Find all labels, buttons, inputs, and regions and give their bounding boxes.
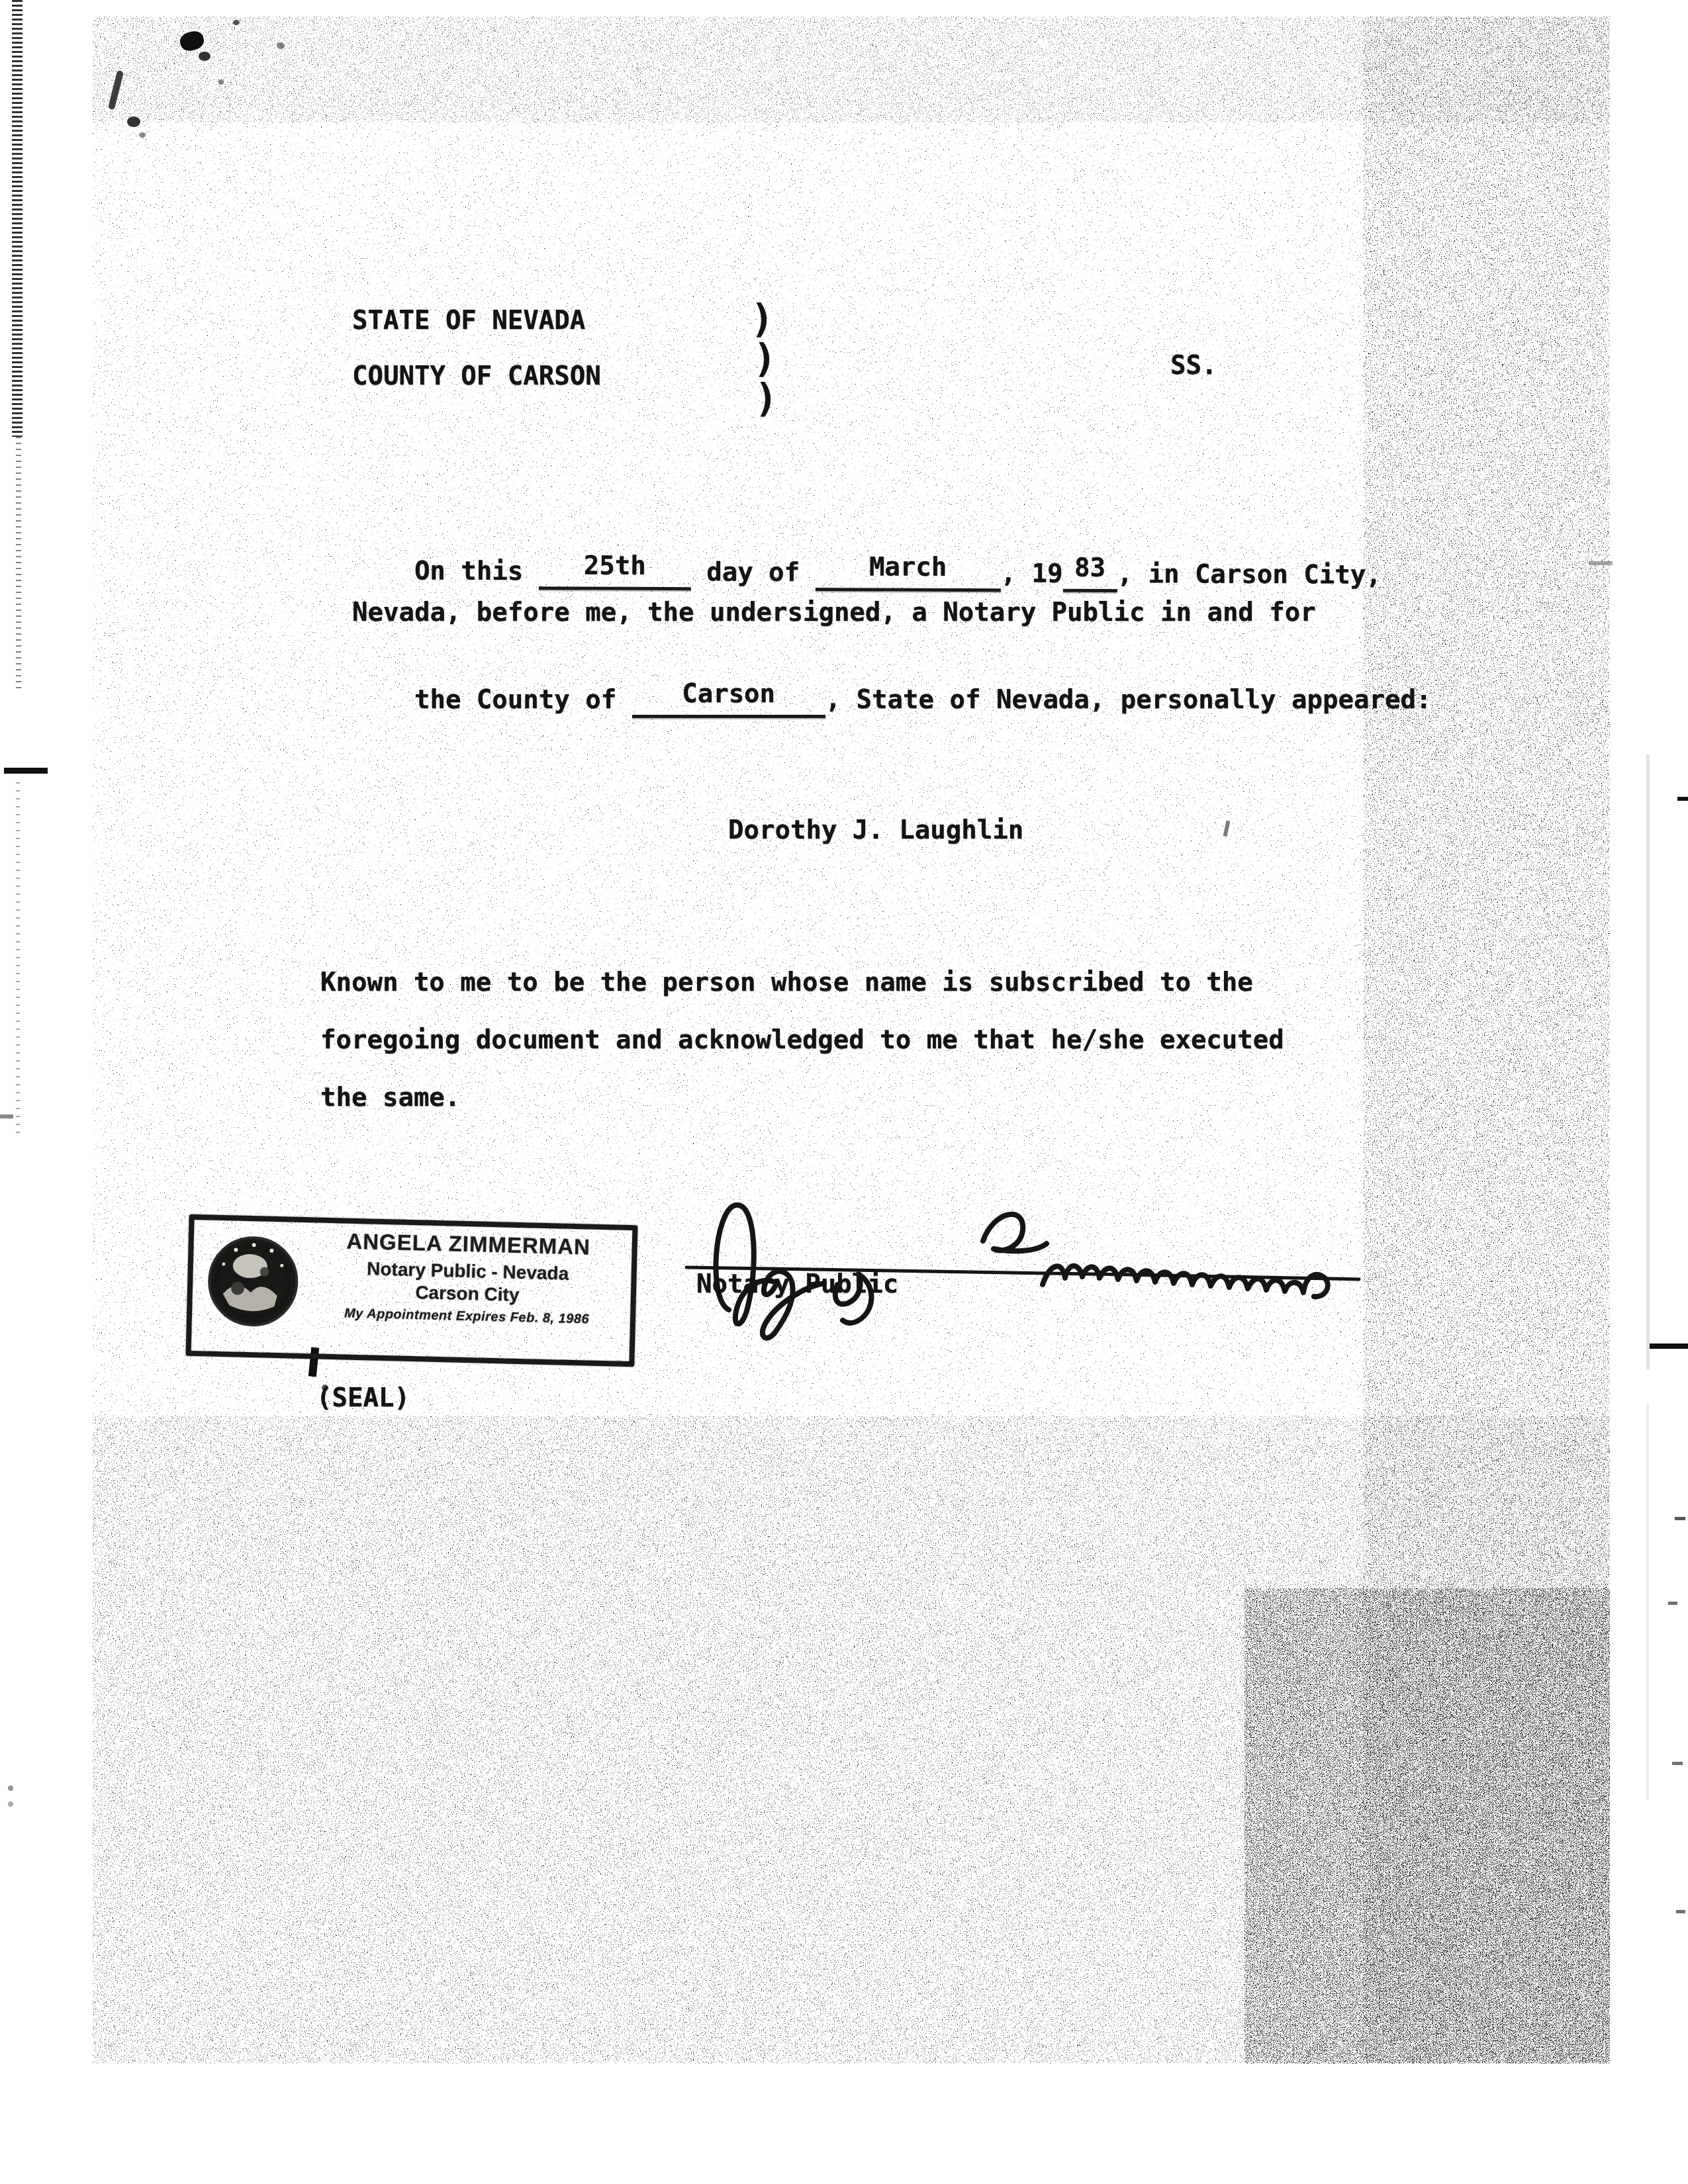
opening-line-3: the County of Carson, State of Nevada, p… xyxy=(352,655,1431,748)
acknowledgment-line-2: foregoing document and acknowledged to m… xyxy=(320,1025,1284,1055)
day-blank: 25th xyxy=(539,557,691,590)
stamp-text-block: ANGELA ZIMMERMAN Notary Public - Nevada … xyxy=(310,1228,626,1328)
notary-signature-image xyxy=(672,1168,1374,1353)
corner-blob xyxy=(277,42,285,49)
right-dash xyxy=(1668,1602,1677,1605)
state-seal-emblem xyxy=(203,1229,305,1331)
venue-bracket: ) xyxy=(755,376,778,421)
corner-blob xyxy=(139,132,146,138)
opening-mid1: day of xyxy=(691,557,816,588)
county-value: Carson xyxy=(682,679,775,709)
corner-blob xyxy=(127,116,140,127)
edge-dash-left xyxy=(0,1115,13,1118)
venue-county-line: COUNTY OF CARSON xyxy=(352,361,601,391)
edge-dot xyxy=(8,1801,13,1807)
corner-blob xyxy=(218,79,224,85)
appearer-name: Dorothy J. Laughlin xyxy=(728,815,1023,845)
right-dash xyxy=(1675,1517,1685,1520)
stamp-expiry: My Appointment Expires Feb. 8, 1986 xyxy=(310,1305,624,1328)
right-dash xyxy=(1676,1910,1685,1913)
notary-stamp: ANGELA ZIMMERMAN Notary Public - Nevada … xyxy=(185,1214,637,1367)
signature-title-label: Notary Public xyxy=(696,1269,898,1299)
edge-strip-mid xyxy=(16,437,21,688)
scanned-notary-page: STATE OF NEVADA COUNTY OF CARSON ) ) ) S… xyxy=(0,0,1688,2184)
venue-bracket: ) xyxy=(753,336,776,381)
opening-line3-suffix: , State of Nevada, personally appeared: xyxy=(825,685,1432,715)
right-streak xyxy=(1646,754,1650,1370)
opening-mid2: , 19 xyxy=(1001,559,1063,588)
right-dash xyxy=(1677,797,1688,801)
year-value: 83 xyxy=(1074,553,1105,583)
year-blank: 83 xyxy=(1062,559,1117,592)
month-blank: March xyxy=(815,558,1000,592)
opening-mid3: , in Carson City, xyxy=(1117,559,1381,590)
stamp-notary-name: ANGELA ZIMMERMAN xyxy=(311,1228,626,1261)
faint-dash xyxy=(1589,561,1613,565)
edge-dot xyxy=(8,1786,13,1791)
edge-strip-top xyxy=(12,0,23,437)
opening-line3-prefix: the County of xyxy=(414,685,632,715)
opening-prefix: On this xyxy=(414,556,539,586)
county-blank: Carson xyxy=(632,685,825,718)
corner-blob xyxy=(199,52,211,61)
edge-strip-low xyxy=(16,782,20,1140)
opening-line-2: Nevada, before me, the undersigned, a No… xyxy=(352,598,1316,627)
venue-bracket: ) xyxy=(751,296,774,341)
right-dash xyxy=(1650,1343,1688,1349)
seal-label: (SEAL) xyxy=(316,1383,410,1413)
ss-label: SS. xyxy=(1170,351,1217,381)
scan-noise-texture xyxy=(0,0,1688,2184)
right-dash xyxy=(1672,1762,1683,1765)
acknowledgment-line-3: the same. xyxy=(320,1083,460,1113)
corner-blob xyxy=(233,20,240,25)
edge-dash xyxy=(4,768,48,774)
venue-state-line: STATE OF NEVADA xyxy=(352,306,585,336)
day-value: 25th xyxy=(584,551,646,581)
right-streak xyxy=(1646,1403,1649,1800)
acknowledgment-line-1: Known to me to be the person whose name … xyxy=(320,968,1253,997)
month-value: March xyxy=(869,552,947,582)
